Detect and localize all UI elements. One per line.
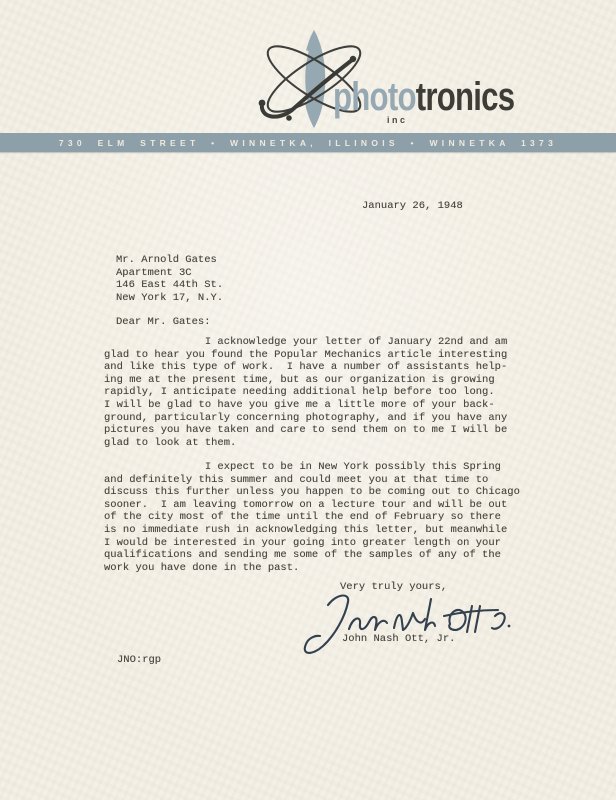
salutation: Dear Mr. Gates: bbox=[116, 316, 211, 329]
reference-initials: JNO:rgp bbox=[117, 654, 161, 667]
brand-inc-text: inc bbox=[387, 115, 408, 125]
paragraph-1: I acknowledge your letter of January 22n… bbox=[104, 336, 507, 449]
letterhead-address-band: 730 ELM STREET • WINNETKA, ILLINOIS • WI… bbox=[0, 133, 616, 152]
handwritten-signature bbox=[298, 589, 514, 669]
brand-wordmark: phototronics bbox=[333, 74, 514, 116]
brand-photo-text: photo bbox=[333, 78, 416, 116]
letter-paper: phototronics inc 730 ELM STREET • WINNET… bbox=[0, 0, 616, 800]
brand-tronics-text: tronics bbox=[416, 78, 515, 116]
paragraph-2: I expect to be in New York possibly this… bbox=[104, 461, 520, 574]
typed-signature-name: John Nash Ott, Jr. bbox=[342, 633, 455, 646]
letterhead-address-text: 730 ELM STREET • WINNETKA, ILLINOIS • WI… bbox=[59, 138, 557, 148]
letter-date: January 26, 1948 bbox=[362, 200, 463, 213]
recipient-address-block: Mr. Arnold Gates Apartment 3C 146 East 4… bbox=[116, 254, 223, 304]
